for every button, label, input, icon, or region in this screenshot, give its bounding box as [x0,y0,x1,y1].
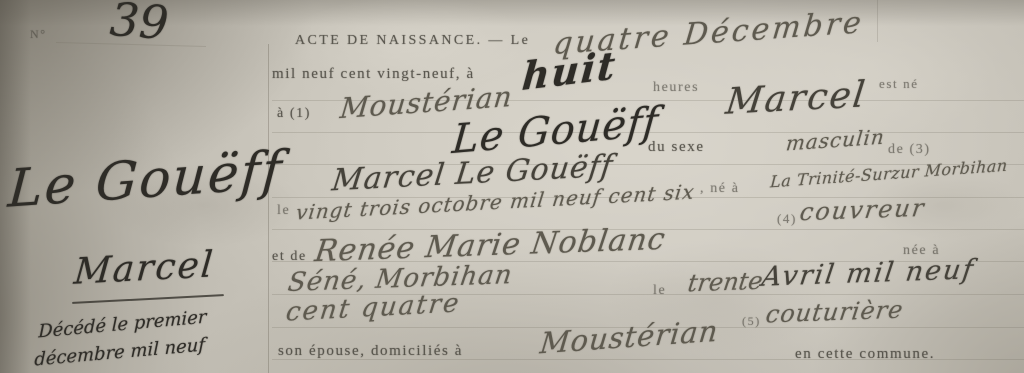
form-commune-label: en cette commune. [795,346,935,363]
form-title: ACTE DE NAISSANCE. — Le [295,33,530,49]
form-est-ne-label: est né [879,76,919,92]
mother-birthdate-handwriting-1: trente [686,267,765,298]
act-number: 39 [108,0,170,50]
form-spouse-label: son épouse, domiciliés à [278,343,463,360]
form-de3-label: de (3) [888,142,931,158]
document-scan: N° 39 Le Gouëff Marcel Décédé le premier… [0,0,1024,373]
residence-handwriting: Moustérian [538,314,720,361]
sex-handwriting: masculin [785,124,886,155]
form-hours-label: heures [653,80,699,96]
form-place-ref-label: à (1) [277,106,311,122]
form-ne-a-label: , né à [700,181,740,197]
mother-profession-handwriting: couturière [764,296,905,329]
form-ref4-label: (4) [777,211,797,227]
margin-registered-surname: Le Gouëff [6,140,285,220]
form-et-de-label: et de [272,249,307,265]
father-birthplace-handwriting: La Trinité-Surzur Morbihan [770,156,1009,192]
form-left-border-line [268,44,269,373]
form-year-line: mil neuf cent vingt-neuf, à [272,66,475,83]
act-number-label: N° [30,27,47,42]
form-le-label: le [277,203,290,219]
firstname-underline [72,294,224,304]
father-profession-handwriting: couvreur [798,194,927,227]
form-le2-label: le [653,283,666,299]
mother-birthdate-handwriting-2: Avril mil neuf [760,254,977,293]
form-right-column-line [877,0,878,42]
child-firstname-handwriting: Marcel [724,74,869,123]
form-ref5-label: (5) [742,314,761,329]
birth-hour-handwriting: huit [520,42,619,99]
margin-registered-firstname: Marcel [72,244,216,293]
